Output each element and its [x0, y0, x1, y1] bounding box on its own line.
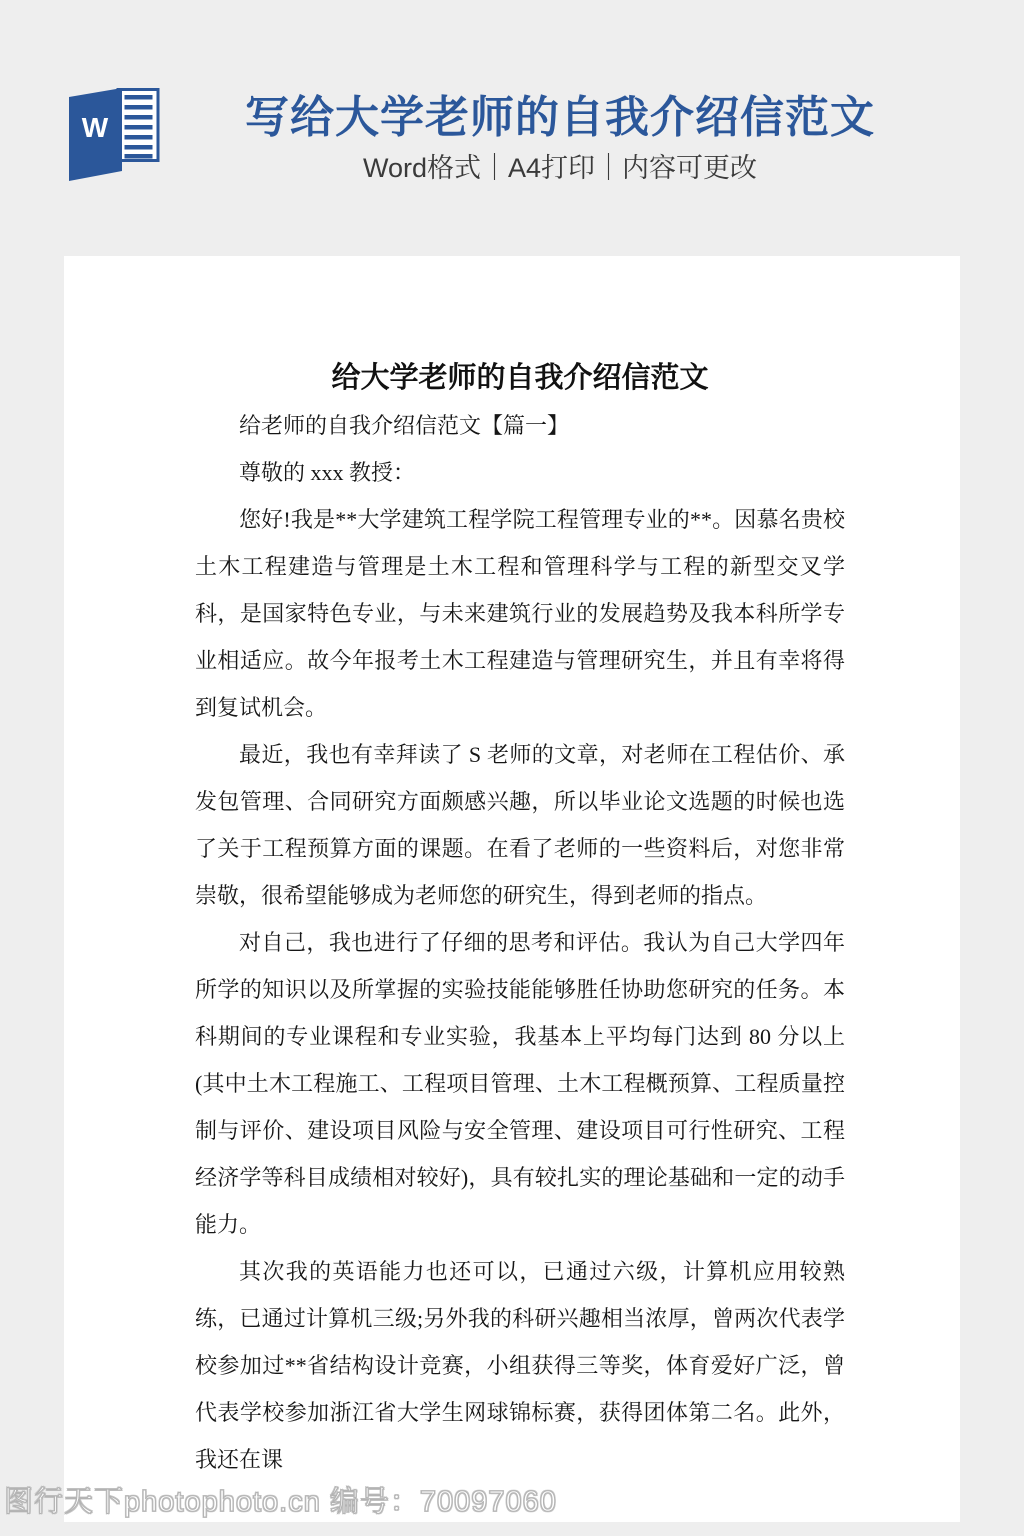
document-paragraph: 您好!我是**大学建筑工程学院工程管理专业的**。因慕名贵校土木工程建造与管理是… — [195, 496, 845, 731]
page-subtitle: Word格式｜A4打印｜内容可更改 — [160, 152, 960, 184]
document-page: 给大学老师的自我介绍信范文 给老师的自我介绍信范文【篇一】 尊敬的 xxx 教授… — [64, 256, 960, 1522]
document-paragraph: 对自己，我也进行了仔细的思考和评估。我认为自己大学四年所学的知识以及所掌握的实验… — [195, 919, 845, 1248]
document-paragraph: 最近，我也有幸拜读了 S 老师的文章，对老师在工程估价、承发包管理、合同研究方面… — [195, 731, 845, 919]
page-title: 写给大学老师的自我介绍信范文 — [160, 93, 960, 143]
document-title: 给大学老师的自我介绍信范文 — [195, 355, 845, 402]
document-paragraph: 其次我的英语能力也还可以，已通过六级，计算机应用较熟练，已通过计算机三级;另外我… — [195, 1248, 845, 1483]
word-document-icon: W — [62, 88, 160, 185]
document-paragraph-salutation: 尊敬的 xxx 教授： — [195, 449, 845, 496]
header: W 写给大学老师的自我介绍信范文 Word格式｜A4打印｜内容可更改 — [0, 0, 1024, 256]
word-icon-letter: W — [82, 112, 109, 143]
header-text: 写给大学老师的自我介绍信范文 Word格式｜A4打印｜内容可更改 — [160, 93, 960, 184]
watermark-text: 图行天下photophoto.cn 编号：70097060 — [4, 1482, 557, 1522]
document-paragraph-heading: 给老师的自我介绍信范文【篇一】 — [195, 402, 845, 449]
